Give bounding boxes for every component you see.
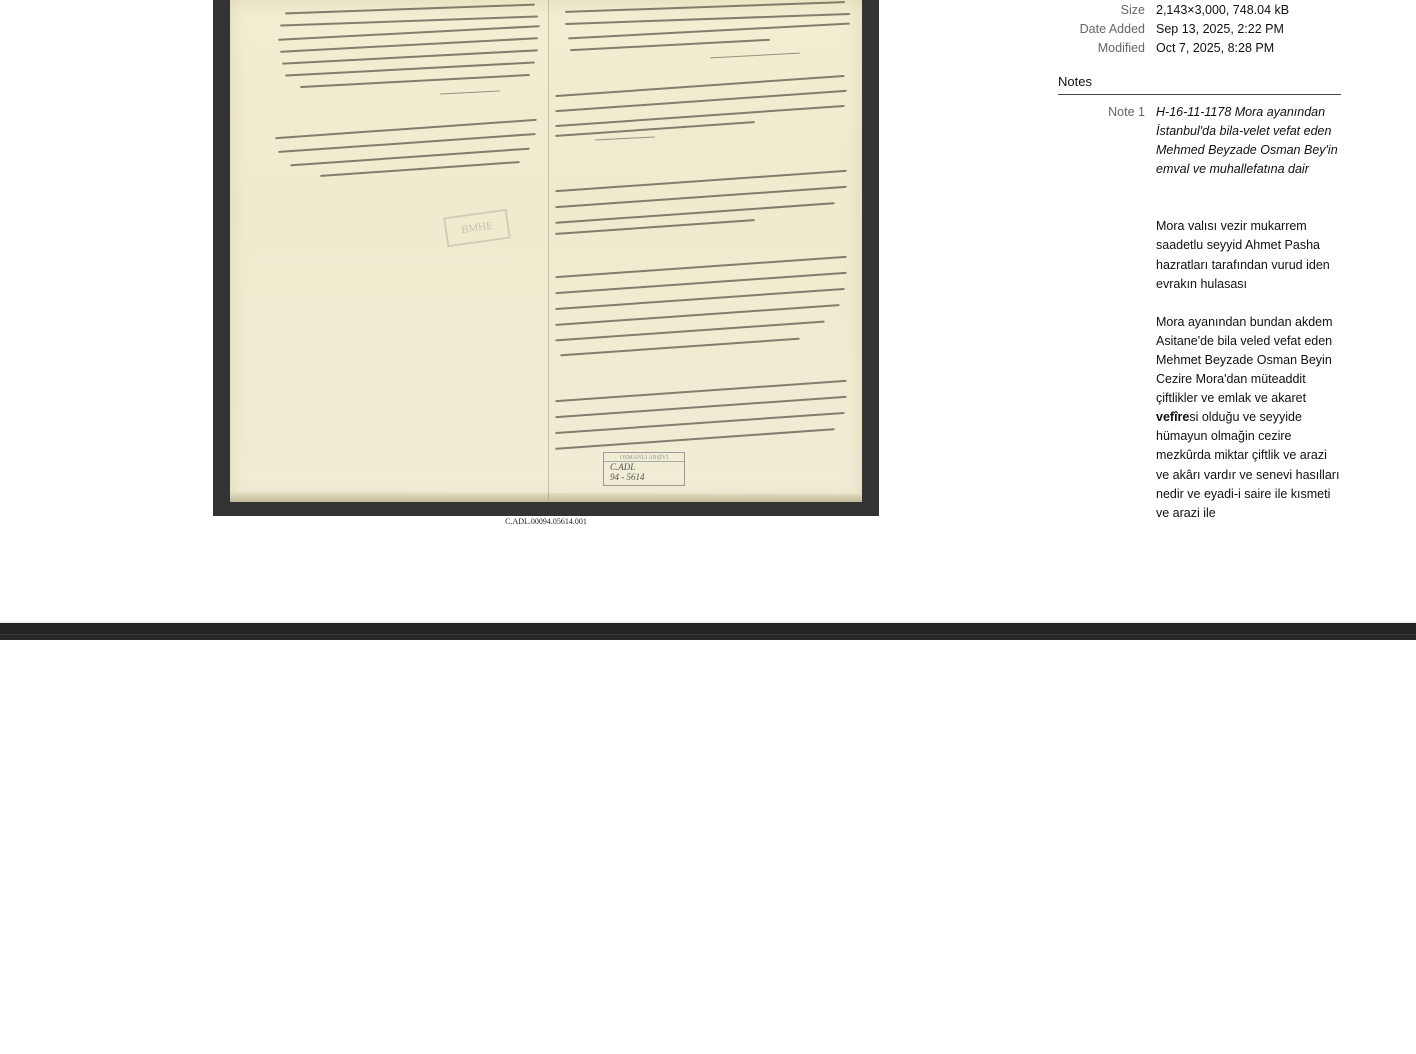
- meta-label: Date Added: [1058, 22, 1156, 36]
- scroll-fade: [1058, 522, 1341, 535]
- notes-section-title[interactable]: Notes: [1058, 74, 1341, 95]
- archive-stamp: OSMANLI ARŞİVİ C.ADL 94 - 5614: [603, 452, 685, 486]
- meta-row-modified: Modified Oct 7, 2025, 8:28 PM: [1058, 38, 1341, 57]
- note-paragraph: Mora valısı vezir mukarrem saadetlu seyy…: [1156, 217, 1341, 293]
- manuscript-page: BMHE OSMANLI ARŞİVİ C.ADL 94 - 5614: [230, 0, 862, 500]
- bottom-toolbar: [0, 622, 1416, 640]
- note-text: si olduğu ve seyyide hümayun olmağin cez…: [1156, 410, 1339, 519]
- meta-row-size: Size 2,143×3,000, 748.04 kB: [1058, 0, 1341, 19]
- note-title: H-16-11-1178 Mora ayanından İstanbul'da …: [1156, 103, 1341, 179]
- note-body[interactable]: H-16-11-1178 Mora ayanından İstanbul'da …: [1156, 103, 1341, 523]
- archive-stamp-number: 94 - 5614: [604, 472, 684, 482]
- image-caption: C.ADL.00094.05614.001: [213, 516, 879, 528]
- meta-value: Sep 13, 2025, 2:22 PM: [1156, 22, 1284, 36]
- faded-seal-stamp: BMHE: [443, 209, 511, 248]
- archive-stamp-header: OSMANLI ARŞİVİ: [604, 453, 684, 462]
- meta-label: Size: [1058, 3, 1156, 17]
- note-bold-text: vefîre: [1156, 410, 1189, 424]
- paper-edge: [230, 492, 862, 502]
- meta-row-date-added: Date Added Sep 13, 2025, 2:22 PM: [1058, 19, 1341, 38]
- meta-label: Modified: [1058, 41, 1156, 55]
- note-item[interactable]: Note 1 H-16-11-1178 Mora ayanından İstan…: [1058, 103, 1341, 523]
- item-info-pane: Size 2,143×3,000, 748.04 kB Date Added S…: [1058, 0, 1341, 535]
- archive-stamp-collection: C.ADL: [604, 462, 684, 472]
- note-paragraph: Mora ayanından bundan akdem Asitane'de b…: [1156, 313, 1341, 523]
- meta-value: Oct 7, 2025, 8:28 PM: [1156, 41, 1274, 55]
- note-text: Mora ayanından bundan akdem Asitane'de b…: [1156, 315, 1333, 405]
- meta-value: 2,143×3,000, 748.04 kB: [1156, 3, 1289, 17]
- note-label: Note 1: [1058, 103, 1156, 523]
- image-viewer[interactable]: BMHE OSMANLI ARŞİVİ C.ADL 94 - 5614 C.AD…: [0, 0, 1040, 620]
- document-scan-image[interactable]: BMHE OSMANLI ARŞİVİ C.ADL 94 - 5614: [213, 0, 879, 516]
